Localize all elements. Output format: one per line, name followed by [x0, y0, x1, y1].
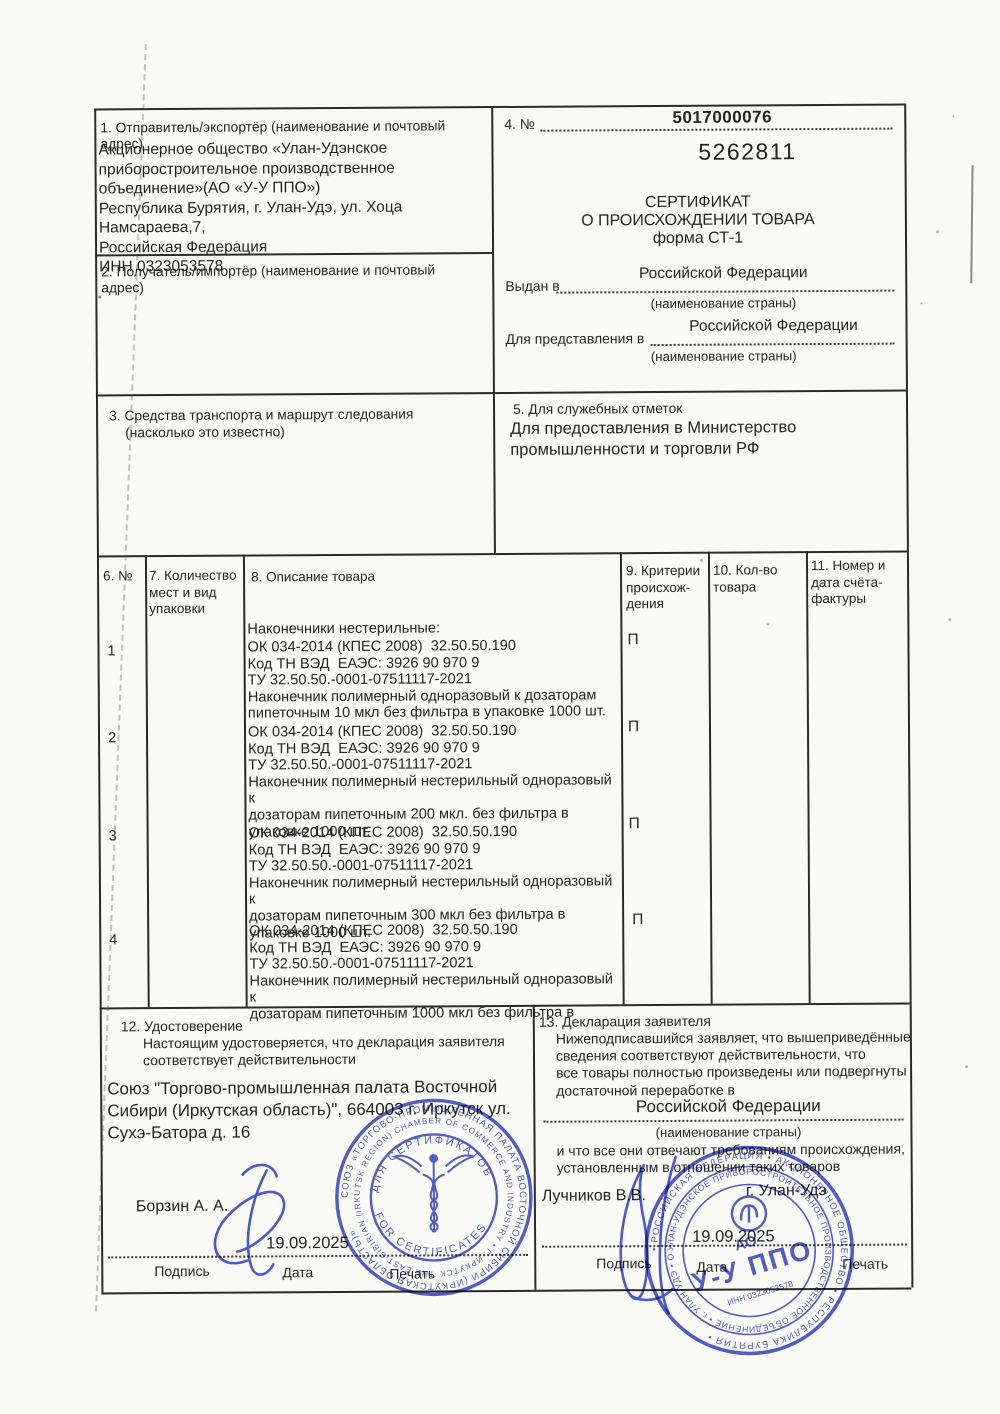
box3-label: 3. Средства транспорта и маршрут следова… — [109, 406, 479, 424]
table-col-line-4 — [708, 552, 713, 1004]
goods-row-description: ОК 034-2014 (КПЕС 2008) 32.50.50.190 Код… — [249, 921, 618, 1023]
table-top-border — [97, 551, 907, 558]
table-col-line-5 — [806, 551, 811, 1003]
box12-label: 12. Удостоверение — [121, 1018, 243, 1035]
box13-label: 13. Декларация заявителя — [539, 1013, 711, 1030]
declaration-country: Российской Федерации — [563, 1096, 893, 1118]
goods-intro-line: Наконечники нестерильные: — [247, 619, 615, 638]
svg-text:ДЛЯ СЕРТИФИКАТОВ: ДЛЯ СЕРТИФИКАТОВ — [368, 1134, 495, 1194]
box3-sublabel: (насколько это известно) — [125, 423, 475, 441]
presentation-dotted-line — [651, 343, 895, 346]
origin-criterion: П — [627, 632, 638, 649]
origin-criterion: П — [632, 912, 643, 929]
goods-row-description: ОК 034-2014 (КПЕС 2008) 32.50.50.190 Код… — [247, 637, 615, 722]
box12-certification-text: Настоящим удостоверяется, что декларация… — [143, 1033, 533, 1069]
caduceus-icon — [395, 1155, 473, 1233]
issued-in-dotted-line — [556, 290, 894, 294]
declaration-text: Нижеподписавшийся заявляет, что вышеприв… — [556, 1028, 916, 1099]
goods-row-number: 1 — [107, 643, 115, 660]
chamber-round-stamp: СОЮЗ «ТОРГОВО-ПРОМЫШЛЕННАЯ ПАЛАТА ВОСТОЧ… — [318, 1082, 549, 1313]
table-header-col10: 10. Кол-во товара — [713, 562, 803, 596]
table-header-col9: 9. Критерии происхож- дения — [626, 563, 706, 613]
table-col-line-1 — [145, 555, 150, 1007]
certificate-document: 1. Отправитель/экспортёр (наименование и… — [0, 0, 1000, 1414]
box2-label: 2. Получатель/импортёр (наименование и п… — [101, 262, 481, 296]
certificate-number: 5262811 — [647, 138, 847, 166]
presentation-hint: (наименование страны) — [559, 348, 889, 365]
box5-label: 5. Для служебных отметок — [513, 400, 883, 418]
certificate-form-type: форма СТ-1 — [518, 229, 878, 249]
origin-criterion: П — [628, 719, 639, 736]
issued-in-value: Российской Федерации — [558, 264, 888, 284]
table-col-line-3 — [620, 552, 625, 1004]
box4-number-label: 4. № — [504, 116, 535, 132]
box5-official-notes: Для предоставления в Министерство промыш… — [510, 417, 890, 461]
ppo-center-text: АО У-У ППО ИНН 0323053578 — [684, 1218, 821, 1315]
declaration-country-dotted-line — [543, 1119, 903, 1123]
certificate-blank-number: 5017000076 — [557, 107, 887, 129]
certificate-title-line1: СЕРТИФИКАТ — [518, 193, 878, 213]
issued-in-label: Выдан в — [505, 278, 560, 294]
table-header-col7: 7. Количество мест и вид упаковки — [149, 568, 241, 618]
scan-speck — [98, 295, 101, 298]
box1-sender-address: Акционерное общество «Улан-Удэнское приб… — [98, 138, 489, 277]
stamp-arc-top: ДЛЯ СЕРТИФИКАТОВ — [368, 1134, 495, 1194]
table-header-col11: 11. Номер и дата счёта- фактуры — [811, 558, 906, 608]
goods-row-number: 2 — [108, 730, 116, 747]
issued-in-hint: (наименование страны) — [558, 295, 888, 312]
borzin-signature — [187, 1156, 323, 1287]
presentation-label: Для представления в — [506, 330, 645, 347]
exporter-round-stamp: • РОССИЙСКАЯ ФЕДЕРАЦИЯ • АКЦИОНЕРНОЕ ОБЩ… — [623, 1125, 875, 1377]
ppo-logo-icon — [732, 1196, 766, 1230]
scan-scratch — [970, 165, 973, 283]
table-header-col8: 8. Описание товара — [251, 568, 551, 586]
certificate-title-line2: О ПРОИСХОЖДЕНИИ ТОВАРА — [518, 211, 878, 231]
border-right — [904, 104, 913, 1288]
divider-upper — [96, 390, 906, 397]
presentation-value: Российской Федерации — [648, 317, 898, 337]
divider-vertical-upper — [491, 106, 496, 553]
origin-criterion: П — [629, 816, 640, 833]
